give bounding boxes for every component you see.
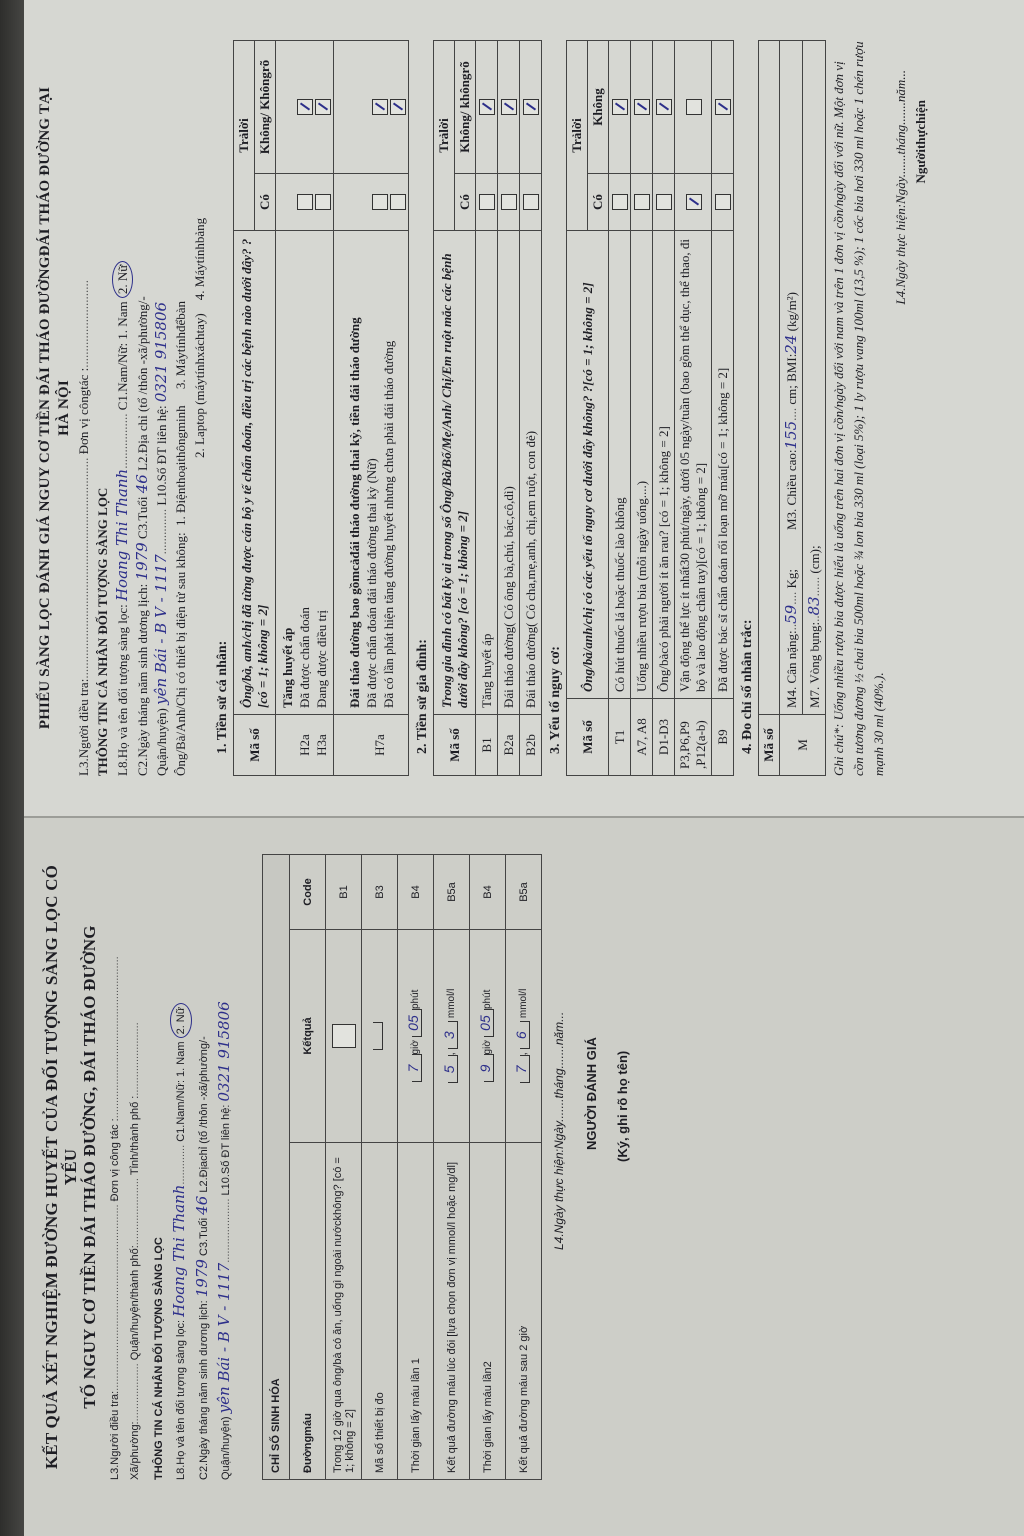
dob-row: C2.Ngày tháng năm sinh dương lịch: 1979 … xyxy=(192,854,214,1480)
fasting-glucose-label: Kết quả đường máu lúc đói [lựa chọn đơn … xyxy=(434,1143,470,1480)
glucose-unit: mmol/l xyxy=(446,989,457,1018)
title-line-2: TỐ NGUY CƠ TIỀN ĐÁI THÁO ĐƯỜNG, ĐÁI THÁO… xyxy=(80,854,99,1480)
two-hour-glucose-dec-field[interactable]: 6 xyxy=(520,1021,530,1049)
weight-field[interactable]: 59 xyxy=(782,605,800,624)
interviewer-row: L3.Người điều tra:......................… xyxy=(74,40,93,776)
b2a-no-checkbox[interactable] xyxy=(501,99,517,115)
two-hour-glucose-label: Kết quả đường máu sau 2 giờ xyxy=(506,1143,542,1480)
answer-column-header: Trảlời xyxy=(434,41,455,231)
table-row: P3,P6,P9 ,P12(a-b) Vận động thể lực ít n… xyxy=(675,41,712,776)
bmi-field[interactable]: 24 xyxy=(782,335,800,354)
b2b-no-checkbox[interactable] xyxy=(523,99,539,115)
waist-label: M7. Vòng bụng: xyxy=(807,622,822,708)
device-option-laptop[interactable]: 2. Laptop (máytínhxáchtay) xyxy=(192,313,207,458)
draw-time-2-minute-field[interactable]: 05 xyxy=(484,1009,494,1037)
height-field[interactable]: 155 xyxy=(782,421,800,450)
gender-female-option: 2. Nữ xyxy=(115,265,130,294)
work-unit-label: Đơn vị côngtác : xyxy=(76,368,91,455)
row-code: D1-D3 xyxy=(653,699,675,776)
lab-result-title: KẾT QUẢ XÉT NGHIỆM ĐƯỜNG HUYẾT CỦA ĐỐI T… xyxy=(42,854,99,1480)
table-row: D1-D3 Ông/bàcó phải người ít ăn rau? [có… xyxy=(653,41,675,776)
table-row: B1 Tăng huyết áp xyxy=(476,41,498,776)
address-row: Quận/huyện) yên Bái - B V - 1117........… xyxy=(152,40,171,776)
b1-no-checkbox[interactable] xyxy=(479,99,495,115)
fasting-answer-checkbox[interactable] xyxy=(332,1024,356,1048)
row-code: H2a xyxy=(297,734,312,756)
row-code: B3 xyxy=(362,855,398,930)
row-code: B5a xyxy=(506,855,542,930)
age-field[interactable]: 46 xyxy=(133,474,151,493)
risk-factors-table: Mã số Ông/bà/anh/chị có các yếu tố nguy … xyxy=(566,40,734,776)
draw-time-2-label: Thời gian lấy máu lần2 xyxy=(470,1143,506,1480)
gender-female-option: 2. Nữ xyxy=(175,1007,187,1035)
hour-unit: giờ xyxy=(410,1040,421,1054)
t1-no-checkbox[interactable] xyxy=(612,99,628,115)
family-history-question: Trong gia đình có bất kỳ ai trong số Ông… xyxy=(434,231,476,715)
interviewer-row: L3.Người điều tra:......................… xyxy=(105,854,125,1480)
table-row: T1 Có hút thuốc lá hoặc thuốc lào không xyxy=(609,41,631,776)
address-label: L2.Địa chỉ (tổ /thôn -xã/phường/- xyxy=(135,296,150,471)
yes-column-header: Có xyxy=(255,174,276,231)
two-hour-glucose-int-field[interactable]: 7 xyxy=(520,1055,530,1083)
lab-result-page: KẾT QUẢ XÉT NGHIỆM ĐƯỜNG HUYẾT CỦA ĐỐI T… xyxy=(24,816,1024,1536)
alcohol-note: Ghi chú*: Uống nhiều rượu bia được hiểu … xyxy=(829,40,889,776)
phone-field[interactable]: 0321 915806 xyxy=(152,302,170,402)
dob-row: C2.Ngày tháng năm sinh dương lịch: 1979 … xyxy=(133,40,152,776)
draw-time-1-label: Thời gian lấy máu lần 1 xyxy=(398,1143,434,1480)
name-field[interactable]: Hoang Thi Thanh xyxy=(170,1185,188,1317)
hyperglycemia-no-checkbox[interactable] xyxy=(390,99,406,115)
b9-yes-checkbox[interactable] xyxy=(715,194,731,210)
row-code: T1 xyxy=(609,699,631,776)
dob-label: C2.Ngày tháng năm sinh dương lịch: xyxy=(198,1300,210,1480)
device-question: Ông/Bà/Anh/Chị có thiết bị điện tử sau k… xyxy=(173,532,188,776)
gender-selected[interactable]: 2. Nữ xyxy=(112,261,133,298)
code-column-header: Mã số xyxy=(434,715,476,776)
ward-label: Xã/phường: xyxy=(129,1421,141,1480)
hypertension-treated-label: Đang được điều trị xyxy=(313,237,330,708)
alcohol-no-checkbox[interactable] xyxy=(634,99,650,115)
h3a-yes-checkbox[interactable] xyxy=(315,194,331,210)
name-label: L8.Họ và tên đối tượng sàng lọc: xyxy=(175,1320,187,1480)
height-label: M3. Chiều cao: xyxy=(784,450,799,531)
b2b-yes-checkbox[interactable] xyxy=(523,194,539,210)
row-code: B1 xyxy=(476,715,498,776)
row-code: A7, A8 xyxy=(631,699,653,776)
title-line-2: HÀ NỘI xyxy=(55,40,74,776)
glucose-unit: mmol/l xyxy=(518,989,529,1018)
phone-label: L10.Số ĐT liên hệ: xyxy=(154,405,169,505)
table-row: B9 Đã được bác sĩ chẩn đoán rối loạn mỡ … xyxy=(712,41,734,776)
vegetables-yes-checkbox[interactable] xyxy=(656,194,672,210)
bmi-unit: (kg/m²) xyxy=(784,292,799,331)
h2a-yes-checkbox[interactable] xyxy=(297,194,313,210)
fasting-glucose-int-field[interactable]: 5 xyxy=(448,1055,458,1083)
province-label: Tỉnh/thành phố : xyxy=(129,1096,141,1176)
performer-signature-heading: Ngườithựchiện xyxy=(913,40,929,776)
district-label: Quận/huyện/thành phố: xyxy=(129,1245,141,1360)
minute-unit: phút xyxy=(482,990,493,1009)
gestational-diabetes-label: Đã được chẩn đoán đái tháo đường thai kỳ… xyxy=(363,237,380,708)
personal-history-heading: 1. Tiền sử cá nhân: xyxy=(215,40,231,754)
left-date-line: L4.Ngày thực hiện:Ngày.......tháng......… xyxy=(552,854,566,1250)
age-label: C3.Tuổi xyxy=(198,1218,210,1256)
row-code: H3a xyxy=(314,734,329,756)
table-row: A7, A8 Uống nhiều rượu bia (mỗi ngày uốn… xyxy=(631,41,653,776)
h7a-yes-checkbox[interactable] xyxy=(372,194,388,210)
interviewer-label: L3.Người điều tra: xyxy=(76,679,91,776)
answer-column-header: Trảlời xyxy=(567,41,588,231)
interviewer-label: L3.Người điều tra: xyxy=(109,1391,121,1480)
evaluator-heading: NGƯỜI ĐÁNH GIÁ xyxy=(584,854,599,1150)
row-label: Đái tháo đường( Có ông bà,chú, bác,cô,dì… xyxy=(498,231,520,715)
blood-sugar-group-label: Đườngmáu xyxy=(290,1143,326,1480)
table-row: B2b Đái tháo đường( Có cha,mẹ,anh, chị,e… xyxy=(520,41,542,776)
device-row-2: 2. Laptop (máytínhxáchtay) 4. Máytínhbản… xyxy=(190,40,209,776)
row-code: M xyxy=(780,715,826,776)
device-row: Ông/Bà/Anh/Chị có thiết bị điện tử sau k… xyxy=(171,40,190,776)
phone-field[interactable]: 0321 915806 xyxy=(215,1001,233,1101)
hyperglycemia-history-label: Đã có lần phát hiện tăng đường huyết như… xyxy=(380,237,397,708)
hypertension-diagnosed-label: Đã được chẩn đoán xyxy=(296,237,313,708)
work-unit-label: Đơn vị công tác : xyxy=(109,1118,121,1201)
risk-factors-question: Ông/bà/anh/chị có các yếu tố nguy cơ dướ… xyxy=(567,231,609,699)
gender-selected[interactable]: 2. Nữ xyxy=(170,1003,192,1039)
b9-no-checkbox[interactable] xyxy=(715,99,731,115)
device-code-field[interactable] xyxy=(373,1022,383,1050)
hour-unit: giờ xyxy=(482,1040,493,1054)
row-code: P3,P6,P9 ,P12(a-b) xyxy=(675,699,712,776)
row-code: B5a xyxy=(434,855,470,930)
row-label: Đái tháo đường( Có cha,mẹ,anh, chị,em ru… xyxy=(520,231,542,715)
row-code: B9 xyxy=(712,699,734,776)
row-code: B2b xyxy=(520,715,542,776)
minute-unit: phút xyxy=(410,990,421,1009)
weight-label: M4. Cân nặng: xyxy=(784,630,799,708)
risk-factors-heading: 3. Yếu tố nguy cơ: xyxy=(548,40,564,754)
draw-time-1-minute-field[interactable]: 05 xyxy=(412,1009,422,1037)
h3a-no-checkbox[interactable] xyxy=(315,99,331,115)
device-option-desktop[interactable]: 3. Máytínhđểbàn xyxy=(173,301,188,389)
biochem-header: CHỈ SỐ SINH HÓA xyxy=(263,855,290,1480)
row-code: H7a xyxy=(372,734,387,756)
row-label: Tăng huyết áp xyxy=(476,231,498,715)
anthropometry-heading: 4. Đo chỉ số nhân trắc: xyxy=(740,40,756,754)
device-option-smartphone[interactable]: 1. Điệnthoạithôngminh xyxy=(173,405,188,526)
fasting-question-label: Trong 12 giờ qua ông/bà có ăn, uống gì n… xyxy=(326,1143,362,1480)
row-code: B4 xyxy=(398,855,434,930)
title-line-1: KẾT QUẢ XÉT NGHIỆM ĐƯỜNG HUYẾT CỦA ĐỐI T… xyxy=(42,854,80,1480)
name-label: L8.Họ và tên đối tượng sàng lọc: xyxy=(115,604,130,776)
right-date-line: L4.Ngày thực hiện:Ngày.......tháng......… xyxy=(893,40,909,776)
hyperglycemia-yes-checkbox[interactable] xyxy=(390,194,406,210)
h2a-no-checkbox[interactable] xyxy=(297,99,313,115)
no-column-header: Không/ khôngrõ xyxy=(455,41,476,174)
screening-title: PHIẾU SÀNG LỌC ĐÁNH GIÁ NGUY CƠ TIỀN ĐÁI… xyxy=(36,40,74,776)
row-label: Ông/bàcó phải người ít ăn rau? [có = 1; … xyxy=(653,231,675,699)
hypertension-heading: Tăng huyết áp xyxy=(279,237,296,708)
address-label: L2.Địachỉ (tổ /thôn -xã/phường/- xyxy=(198,1036,210,1192)
vegetables-no-checkbox[interactable] xyxy=(656,99,672,115)
evaluator-signature-note: (Ký, ghi rõ họ tên) xyxy=(615,854,630,1162)
b1-yes-checkbox[interactable] xyxy=(479,194,495,210)
phone-label: L10.Số ĐT liên hệ: xyxy=(220,1105,232,1196)
weight-unit: Kg; xyxy=(784,569,799,589)
b2a-yes-checkbox[interactable] xyxy=(501,194,517,210)
row-code: B1 xyxy=(326,855,362,930)
code-column-header: Mã số xyxy=(234,715,276,776)
screening-form-page: PHIẾU SÀNG LỌC ĐÁNH GIÁ NGUY CƠ TIỀN ĐÁI… xyxy=(24,0,1024,816)
code-column-header: Mã số xyxy=(759,715,780,776)
row-code: B2a xyxy=(498,715,520,776)
anthropometry-table: Mã số M M4. Cân nặng:..59.... Kg; M3. Ch… xyxy=(758,40,826,776)
dob-label: C2.Ngày tháng năm sinh dương lịch: xyxy=(135,584,150,776)
address-field[interactable]: yên Bái - B V - 1117 xyxy=(215,1263,233,1414)
answer-column-header: Trảlời xyxy=(234,41,255,231)
biochem-table: CHỈ SỐ SINH HÓA Đườngmáu Kếtquả Code Tro… xyxy=(262,854,542,1480)
height-unit: cm; xyxy=(784,385,799,405)
dob-field[interactable]: 1979 xyxy=(133,542,151,580)
waist-field[interactable]: 83 xyxy=(805,596,823,615)
personal-info-heading: THÔNG TIN CÁ NHÂN ĐỐI TƯỢNG SÀNG LỌC xyxy=(93,40,112,776)
title-line-1: PHIẾU SÀNG LỌC ĐÁNH GIÁ NGUY CƠ TIỀN ĐÁI… xyxy=(36,40,55,776)
address-field[interactable]: yên Bái - B V - 1117 xyxy=(152,554,170,705)
row-label: Vận động thể lực ít nhất30 phút/ngày, dư… xyxy=(675,231,712,699)
exercise-yes-checkbox[interactable] xyxy=(686,194,702,210)
district-paren-label: Quận/huyện) xyxy=(220,1416,232,1480)
gender-label: C1.Nam/Nữ: 1. Nam xyxy=(115,301,130,410)
alcohol-yes-checkbox[interactable] xyxy=(634,194,650,210)
gender-label: C1.Nam/Nữ: 1. Nam xyxy=(175,1041,187,1141)
device-option-tablet[interactable]: 4. Máytínhbảng xyxy=(192,218,207,300)
name-row: L8.Họ và tên đối tượng sàng lọc: Hoang T… xyxy=(112,40,133,776)
yes-column-header: Có xyxy=(588,174,609,231)
code-column-header: Code xyxy=(290,855,326,930)
fasting-glucose-dec-field[interactable]: 3 xyxy=(448,1021,458,1049)
t1-yes-checkbox[interactable] xyxy=(612,194,628,210)
dob-field[interactable]: 1979 xyxy=(193,1259,211,1297)
name-field[interactable]: Hoang Thi Thanh xyxy=(113,469,131,601)
row-label: Có hút thuốc lá hoặc thuốc lào không xyxy=(609,231,631,699)
address-row: Quận/huyện) yên Bái - B V - 1117........… xyxy=(214,854,236,1480)
address-admin-row: Xã/phường:................... Quận/huyện… xyxy=(125,854,145,1480)
draw-time-1-hour-field[interactable]: 7 xyxy=(412,1054,422,1082)
personal-history-question: Ông/bà, anh/chị đã từng được cán bộ y tế… xyxy=(234,231,276,715)
waist-unit: (cm); xyxy=(807,545,822,573)
age-label: C3.Tuổi xyxy=(135,496,150,539)
personal-history-table: Mã số Ông/bà, anh/chị đã từng được cán b… xyxy=(233,40,409,776)
no-column-header: Không/ Khôngrõ xyxy=(255,41,276,174)
draw-time-2-hour-field[interactable]: 9 xyxy=(484,1054,494,1082)
diabetes-heading: Đái tháo đường bao gồmcảđái tháo đường t… xyxy=(346,237,363,708)
exercise-no-checkbox[interactable] xyxy=(686,99,702,115)
district-paren-label: Quận/huyện) xyxy=(154,708,169,776)
row-code: B4 xyxy=(470,855,506,930)
result-column-header: Kếtquả xyxy=(290,930,326,1143)
age-field[interactable]: 46 xyxy=(193,1196,211,1215)
bmi-label: BMI: xyxy=(784,354,799,382)
family-history-table: Mã số Trong gia đình có bất kỳ ai trong … xyxy=(433,40,542,776)
personal-info-heading: THÔNG TIN CÁ NHÂN ĐỐI TƯỢNG SÀNG LỌC xyxy=(149,854,169,1480)
row-label: Uống nhiều rượu bia (mỗi ngày uống....) xyxy=(631,231,653,699)
note-text: : Uống nhiều rượu bia được hiểu là uống … xyxy=(831,41,886,776)
code-column-header: Mã số xyxy=(567,699,609,776)
h7a-no-checkbox[interactable] xyxy=(372,99,388,115)
device-code-label: Mã số thiết bị đo xyxy=(362,1143,398,1480)
document-sheet: KẾT QUẢ XÉT NGHIỆM ĐƯỜNG HUYẾT CỦA ĐỐI T… xyxy=(24,0,1024,1536)
no-column-header: Không xyxy=(588,41,609,174)
note-label: Ghi chú* xyxy=(831,728,846,776)
table-row: B2a Đái tháo đường( Có ông bà,chú, bác,c… xyxy=(498,41,520,776)
yes-column-header: Có xyxy=(455,174,476,231)
family-history-heading: 2. Tiền sử gia đình: xyxy=(415,40,431,754)
row-label: Đã được bác sĩ chẩn đoán rối loạn mỡ máu… xyxy=(712,231,734,699)
name-row: L8.Họ và tên đối tượng sàng lọc: Hoang T… xyxy=(169,854,192,1480)
